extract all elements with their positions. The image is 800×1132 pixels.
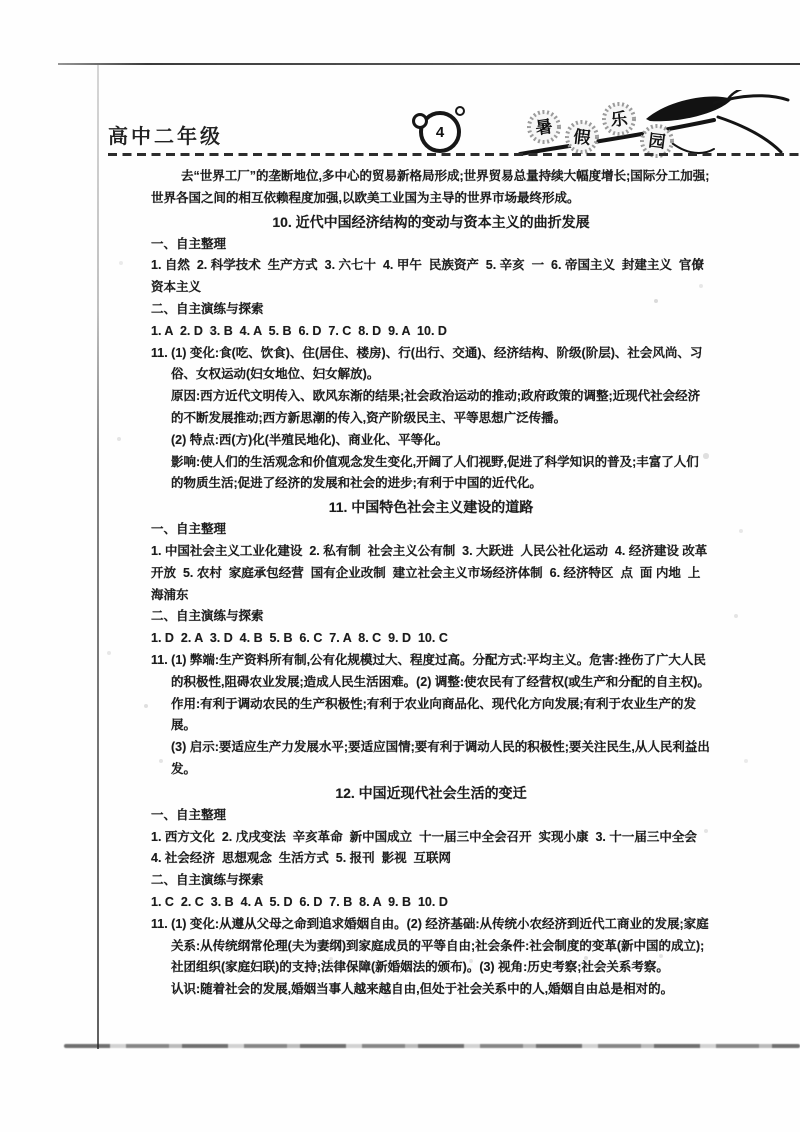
- answer-content: 去“世界工厂”的垄断地位,多中心的贸易新格局形成;世界贸易总量持续大幅度增长;国…: [151, 166, 711, 1001]
- section-11-part2-label: 二、自主演练与探索: [151, 606, 711, 628]
- section-11-part1-label: 一、自主整理: [151, 519, 711, 541]
- grade-label: 高中二年级: [108, 120, 223, 149]
- badge-small-circle-icon: [412, 113, 428, 129]
- scan-noise-speckles: [0, 0, 2, 2]
- section-10-fill-in-answers: 1. 自然 2. 科学技术 生产方式 3. 六七十 4. 甲午 民族资产 5. …: [151, 255, 711, 299]
- badge-tiny-circle-icon: [455, 106, 465, 116]
- section-12-choice-answers: 1. C 2. C 3. B 4. A 5. D 6. D 7. B 8. A …: [151, 892, 711, 914]
- scanned-workbook-page: 高中二年级 4 暑 假 乐 园 去“世界工厂”的垄断地位,多中心: [0, 0, 800, 1132]
- section-10-title: 10. 近代中国经济结构的变动与资本主义的曲折发展: [151, 210, 711, 234]
- section-12-fill-in-answers: 1. 西方文化 2. 戊戌变法 辛亥革命 新中国成立 十一届三中全会召开 实现小…: [151, 827, 711, 871]
- page-number-badge: 4: [419, 111, 461, 153]
- section-10-part1-label: 一、自主整理: [151, 234, 711, 256]
- section-12-part2-label: 二、自主演练与探索: [151, 870, 711, 892]
- section-12-title: 12. 中国近现代社会生活的变迁: [151, 781, 711, 805]
- section-10-part2-label: 二、自主演练与探索: [151, 299, 711, 321]
- section-11-title: 11. 中国特色社会主义建设的道路: [151, 495, 711, 519]
- section-10-item-11-cont: (2) 特点:西(方)化(半殖民地化)、商业化、平等化。: [171, 430, 711, 452]
- section-12-item-11: 11. (1) 变化:从遵从父母之命到追求婚姻自由。(2) 经济基础:从传统小农…: [151, 914, 711, 979]
- page-number: 4: [436, 124, 444, 141]
- section-11-item-11: 11. (1) 弊端:生产资料所有制,公有化规模过大、程度过高。分配方式:平均主…: [151, 650, 711, 737]
- stamp-char-1: 暑: [534, 116, 554, 138]
- header-dashed-rule: [108, 153, 800, 156]
- scan-top-edge-line: [58, 63, 800, 65]
- section-10-item-11-cont: 原因:西方近代文明传入、欧风东渐的结果;社会政治运动的推动;政府政策的调整;近现…: [171, 386, 711, 430]
- stamp-char-4: 园: [647, 131, 666, 152]
- section-11-choice-answers: 1. D 2. A 3. D 4. B 5. B 6. C 7. A 8. C …: [151, 628, 711, 650]
- section-10-choice-answers: 1. A 2. D 3. B 4. A 5. B 6. D 7. C 8. D …: [151, 321, 711, 343]
- intro-paragraph: 去“世界工厂”的垄断地位,多中心的贸易新格局形成;世界贸易总量持续大幅度增长;国…: [151, 166, 711, 210]
- scan-bottom-edge-line: [64, 1044, 800, 1048]
- section-10-item-11-cont: 影响:使人们的生活观念和价值观念发生变化,开阔了人们视野,促进了科学知识的普及;…: [171, 452, 711, 496]
- section-11-fill-in-answers: 1. 中国社会主义工业化建设 2. 私有制 社会主义公有制 3. 大跃进 人民公…: [151, 541, 711, 606]
- section-11-item-11-cont: (3) 启示:要适应生产力发展水平;要适应国情;要有利于调动人民的积极性;要关注…: [171, 737, 711, 781]
- stamp-char-2: 假: [573, 126, 592, 148]
- stamp-char-3: 乐: [610, 109, 630, 130]
- section-10-item-11: 11. (1) 变化:食(吃、饮食)、住(居住、楼房)、行(出行、交通)、经济结…: [151, 343, 711, 387]
- section-12-item-11-cont: 认识:随着社会的发展,婚姻当事人越来越自由,但处于社会关系中的人,婚姻自由总是相…: [171, 979, 711, 1001]
- section-12-part1-label: 一、自主整理: [151, 805, 711, 827]
- scan-left-edge-line: [97, 65, 99, 1049]
- summer-vacation-stamp: 暑 假 乐 园: [518, 90, 800, 170]
